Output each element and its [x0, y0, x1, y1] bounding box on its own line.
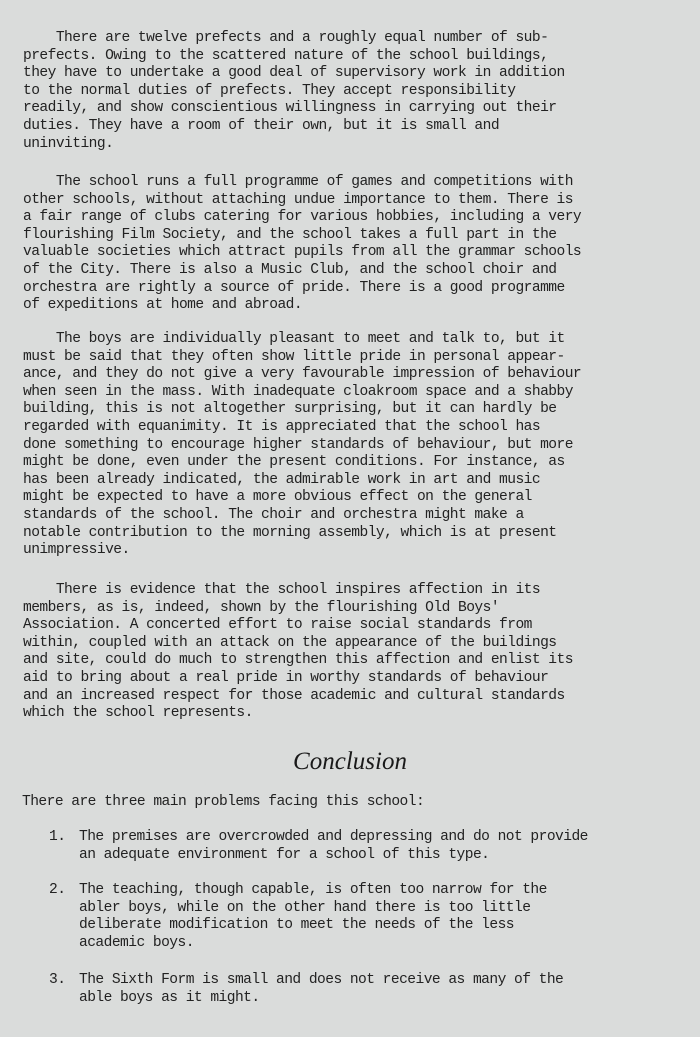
item-text: The teaching, though capable, is often t… [79, 882, 547, 952]
paragraph-affection: There is evidence that the school inspir… [23, 582, 573, 723]
item-text: The premises are overcrowded and depress… [79, 829, 588, 864]
item-number: 1. [49, 829, 65, 847]
conclusion-intro: There are three main problems facing thi… [22, 794, 424, 812]
item-text: The Sixth Form is small and does not rec… [79, 972, 563, 1007]
conclusion-heading: Conclusion [0, 748, 700, 776]
paragraph-behaviour: The boys are individually pleasant to me… [23, 331, 581, 560]
item-number: 3. [49, 972, 65, 990]
paragraph-prefects: There are twelve prefects and a roughly … [23, 30, 565, 153]
paragraph-games-clubs: The school runs a full programme of game… [23, 174, 581, 315]
document-page: There are twelve prefects and a roughly … [0, 0, 700, 1037]
item-number: 2. [49, 882, 65, 900]
